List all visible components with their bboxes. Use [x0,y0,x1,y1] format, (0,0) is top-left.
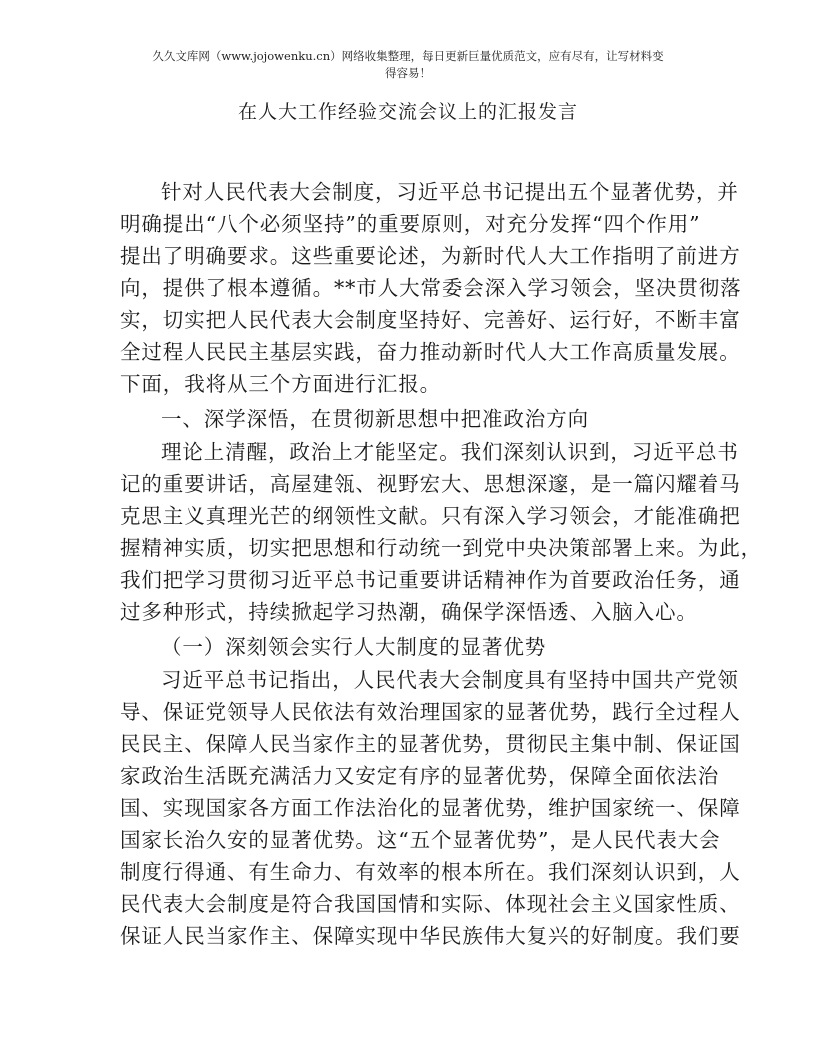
source-header: 久久文库网（www.jojowenku.cn）网络收集整理，每日更新巨量优质范文… [110,48,706,82]
section-heading-1: 一、深学深悟，在贯彻新思想中把准政治方向 [120,402,696,436]
document-page: 久久文库网（www.jojowenku.cn）网络收集整理，每日更新巨量优质范文… [0,0,816,1056]
text-line: 记的重要讲话，高屋建瓴、视野宏大、思想深邃，是一篇闪耀着马 [120,468,696,500]
text-line: 家政治生活既充满活力又安定有序的显著优势，保障全面依法治 [120,760,696,792]
text-line: 下面，我将从三个方面进行汇报。 [120,368,696,400]
text-line: 向，提供了根本遵循。**市人大常委会深入学习领会，坚决贯彻落 [120,272,696,304]
text-line: 民代表大会制度是符合我国国情和实际、体现社会主义国家性质、 [120,888,696,920]
text-line: 针对人民代表大会制度，习近平总书记提出五个显著优势，并 [120,176,696,208]
text-line: 保证人民当家作主、保障实现中华民族伟大复兴的好制度。我们要 [120,920,696,952]
text-line: 国家长治久安的显著优势。这“五个显著优势”，是人民代表大会 [120,824,696,856]
text-line: 握精神实质，切实把思想和行动统一到党中央决策部署上来。为此， [120,532,696,564]
text-line: 我们把学习贯彻习近平总书记重要讲话精神作为首要政治任务，通 [120,564,696,596]
document-title: 在人大工作经验交流会议上的汇报发言 [0,100,816,124]
text-line: 全过程人民民主基层实践，奋力推动新时代人大工作高质量发展。 [120,336,696,368]
document-body: 针对人民代表大会制度，习近平总书记提出五个显著优势，并 明确提出“八个必须坚持”… [120,176,696,952]
heading-text: （一）深刻领会实行人大制度的显著优势 [120,630,696,664]
header-line-2: 得容易！ [110,65,706,82]
text-line: 克思主义真理光芒的纲领性文献。只有深入学习领会，才能准确把 [120,500,696,532]
text-line: 习近平总书记指出，人民代表大会制度具有坚持中国共产党领 [120,664,696,696]
text-line: 明确提出“八个必须坚持”的重要原则，对充分发挥“四个作用” [120,208,696,240]
subsection-heading-1: （一）深刻领会实行人大制度的显著优势 [120,630,696,664]
paragraph-advantages: 习近平总书记指出，人民代表大会制度具有坚持中国共产党领 导、保证党领导人民依法有… [120,664,696,952]
paragraph-theory: 理论上清醒，政治上才能坚定。我们深刻认识到，习近平总书 记的重要讲话，高屋建瓴、… [120,436,696,628]
header-line-1: 久久文库网（www.jojowenku.cn）网络收集整理，每日更新巨量优质范文… [110,48,706,65]
paragraph-intro: 针对人民代表大会制度，习近平总书记提出五个显著优势，并 明确提出“八个必须坚持”… [120,176,696,400]
heading-text: 一、深学深悟，在贯彻新思想中把准政治方向 [120,402,696,436]
text-line: 民民主、保障人民当家作主的显著优势，贯彻民主集中制、保证国 [120,728,696,760]
text-line: 国、实现国家各方面工作法治化的显著优势，维护国家统一、保障 [120,792,696,824]
text-line: 实，切实把人民代表大会制度坚持好、完善好、运行好，不断丰富 [120,304,696,336]
text-line: 制度行得通、有生命力、有效率的根本所在。我们深刻认识到，人 [120,856,696,888]
text-line: 导、保证党领导人民依法有效治理国家的显著优势，践行全过程人 [120,696,696,728]
text-line: 提出了明确要求。这些重要论述，为新时代人大工作指明了前进方 [120,240,696,272]
text-line: 过多种形式，持续掀起学习热潮，确保学深悟透、入脑入心。 [120,596,696,628]
text-line: 理论上清醒，政治上才能坚定。我们深刻认识到，习近平总书 [120,436,696,468]
